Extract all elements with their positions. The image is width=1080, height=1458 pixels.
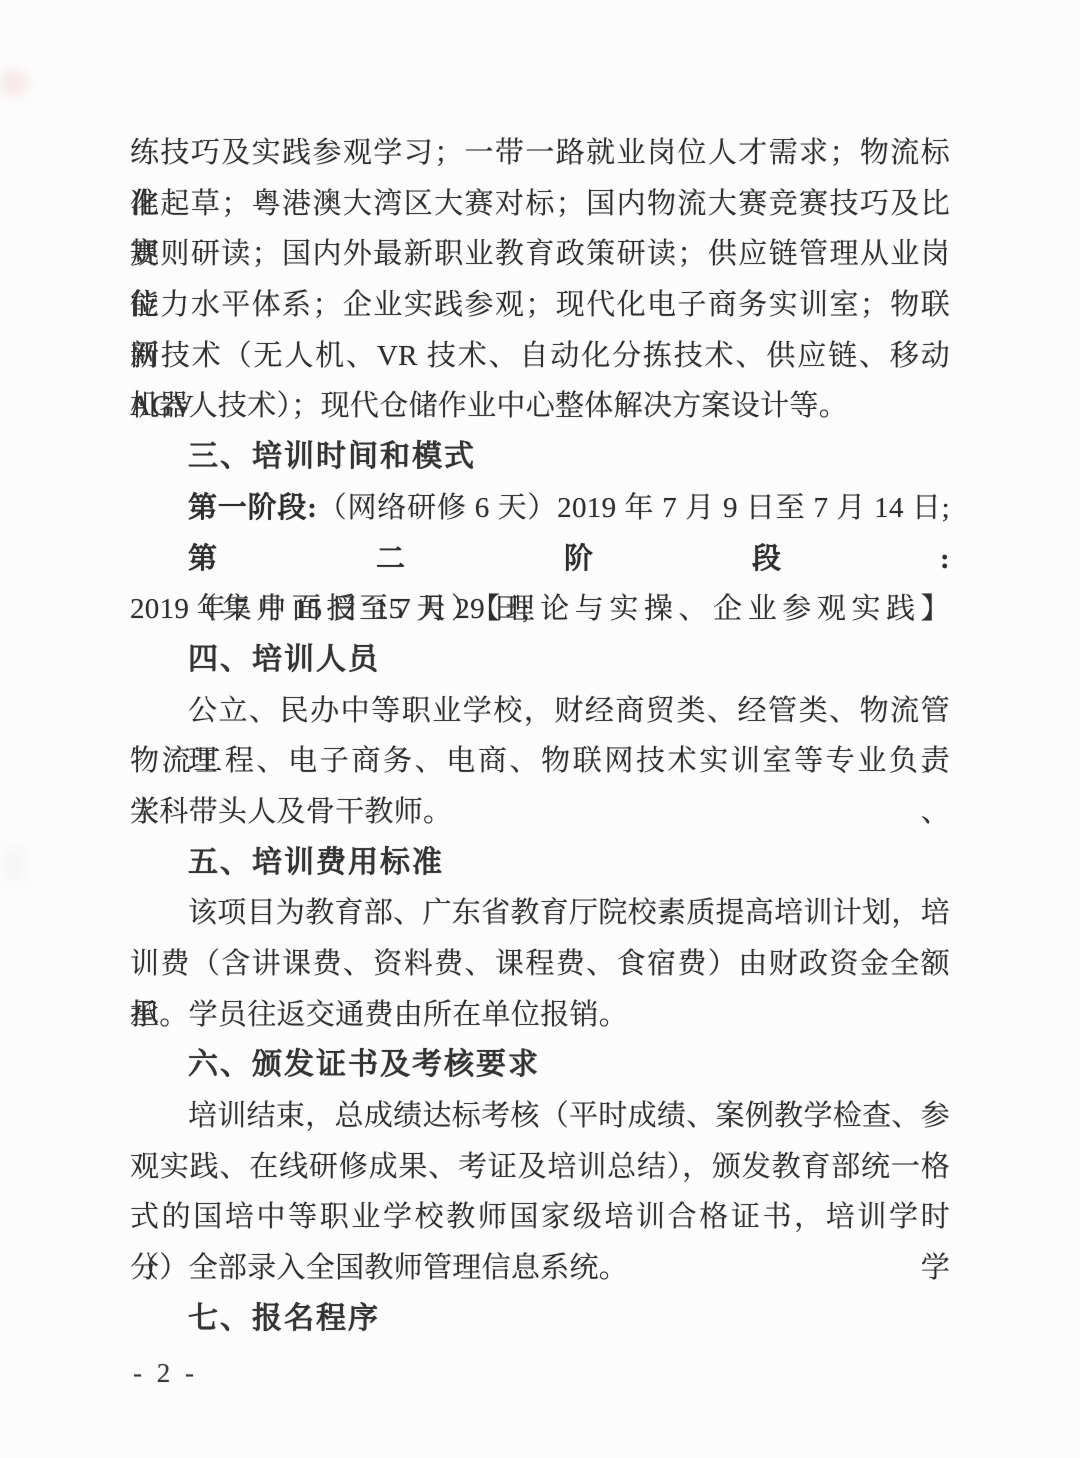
scan-smudge xyxy=(0,70,28,96)
doc-line: 物流工程、电子商务、电商、物联网技术实训室等专业负责人、 xyxy=(130,736,950,787)
doc-line: 第二阶段:（集中面授 15 天）【理论与实操、企业参观实践】 xyxy=(130,534,950,585)
text-run: 分）全部录入全国教师管理信息系统。 xyxy=(130,1252,628,1284)
doc-line: 能力水平体系；企业实践参观；现代化电子商务实训室；物联网 xyxy=(130,280,950,331)
text-run: 2019 年 7 月 15 日至 7 月 29 日; xyxy=(130,593,530,625)
section-heading-training-time: 三、培训时间和模式 xyxy=(130,432,950,483)
text-run: 机器人技术）；现代仓储作业中心整体解决方案设计等。 xyxy=(130,390,848,422)
doc-line: 担。学员往返交通费由所在单位报销。 xyxy=(130,990,950,1041)
doc-line: 该项目为教育部、广东省教育厅院校素质提高培训计划，培 xyxy=(130,888,950,939)
text-run: 五、培训费用标准 xyxy=(188,846,444,879)
text-run: 学科带头人及骨干教师。 xyxy=(130,796,452,828)
text-run: 担。学员往返交通费由所在单位报销。 xyxy=(130,999,628,1031)
section-heading-certificate: 六、颁发证书及考核要求 xyxy=(130,1040,950,1091)
doc-line: 化起草；粤港澳大湾区大赛对标；国内物流大赛竞赛技巧及比赛 xyxy=(130,179,950,230)
document-page: 练技巧及实践参观学习；一带一路就业岗位人才需求；物流标准 化起草；粤港澳大湾区大… xyxy=(0,0,1080,1458)
text-run: 四、培训人员 xyxy=(188,643,380,676)
section-heading-trainees: 四、培训人员 xyxy=(130,635,950,686)
doc-line: 新技术（无人机、VR 技术、自动化分拣技术、供应链、移动 AGV xyxy=(130,331,950,382)
text-run: 培训结束，总成绩达标考核（平时成绩、案例教学检查、参 xyxy=(188,1100,950,1132)
page-number: - 2 - xyxy=(133,1358,198,1389)
doc-line: 机器人技术）；现代仓储作业中心整体解决方案设计等。 xyxy=(130,381,950,432)
text-run: 三、培训时间和模式 xyxy=(188,440,476,473)
doc-line: 公立、民办中等职业学校，财经商贸类、经管类、物流管理、 xyxy=(130,686,950,737)
scan-smudge xyxy=(4,845,26,885)
doc-line: 规则研读；国内外最新职业教育政策研读；供应链管理从业岗位 xyxy=(130,229,950,280)
section-heading-fees: 五、培训费用标准 xyxy=(130,838,950,889)
text-run: 该项目为教育部、广东省教育厅院校素质提高培训计划，培 xyxy=(188,897,950,929)
text-run: 七、报名程序 xyxy=(188,1302,380,1335)
doc-line: 练技巧及实践参观学习；一带一路就业岗位人才需求；物流标准 xyxy=(130,128,950,179)
document-body: 练技巧及实践参观学习；一带一路就业岗位人才需求；物流标准 化起草；粤港澳大湾区大… xyxy=(130,128,950,1345)
section-heading-registration: 七、报名程序 xyxy=(130,1294,950,1345)
doc-line: 第一阶段:（网络研修 6 天）2019 年 7 月 9 日至 7 月 14 日; xyxy=(130,483,950,534)
doc-line: 式的国培中等职业学校教师国家级培训合格证书，培训学时（学 xyxy=(130,1192,950,1243)
bold-run: 第一阶段: xyxy=(188,492,317,524)
doc-line: 训费（含讲课费、资料费、课程费、食宿费）由财政资金全额承 xyxy=(130,939,950,990)
text-run: 六、颁发证书及考核要求 xyxy=(188,1048,540,1081)
text-run: 观实践、在线研修成果、考证及培训总结），颁发教育部统一格 xyxy=(130,1151,950,1183)
text-run: （网络研修 6 天）2019 年 7 月 9 日至 7 月 14 日; xyxy=(317,492,950,524)
doc-line: 观实践、在线研修成果、考证及培训总结），颁发教育部统一格 xyxy=(130,1142,950,1193)
doc-line: 培训结束，总成绩达标考核（平时成绩、案例教学检查、参 xyxy=(130,1091,950,1142)
bold-run: 第二阶段: xyxy=(188,543,950,575)
